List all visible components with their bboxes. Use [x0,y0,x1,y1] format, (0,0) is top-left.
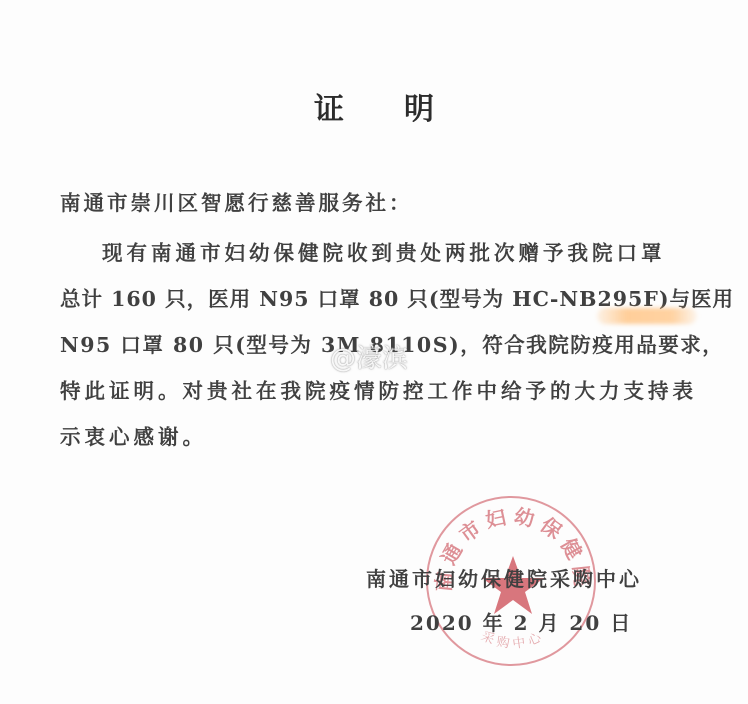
salutation: 南通市崇川区智愿行慈善服务社： [60,186,413,216]
title-char-1: 证 [314,84,344,128]
body-line-5: 示衷心感谢。 [60,420,207,450]
body-line-1: 现有南通市妇幼保健院收到贵处两批次赠予我院口罩 [102,236,666,266]
body-line-4: 特此证明。对贵社在我院疫情防控工作中给予的大力支持表 [60,374,697,404]
signature-organization: 南通市妇幼保健院采购中心 [366,563,642,592]
title-char-2: 明 [404,84,434,128]
highlight-mark [597,308,697,324]
document-title: 证明 [0,84,748,128]
watermark: @濠滨 [330,338,408,375]
certificate-document: 证明 南通市崇川区智愿行慈善服务社： 现有南通市妇幼保健院收到贵处两批次赠予我院… [0,0,748,704]
signature-date: 2020 年 2 月 20 日 [410,607,632,636]
